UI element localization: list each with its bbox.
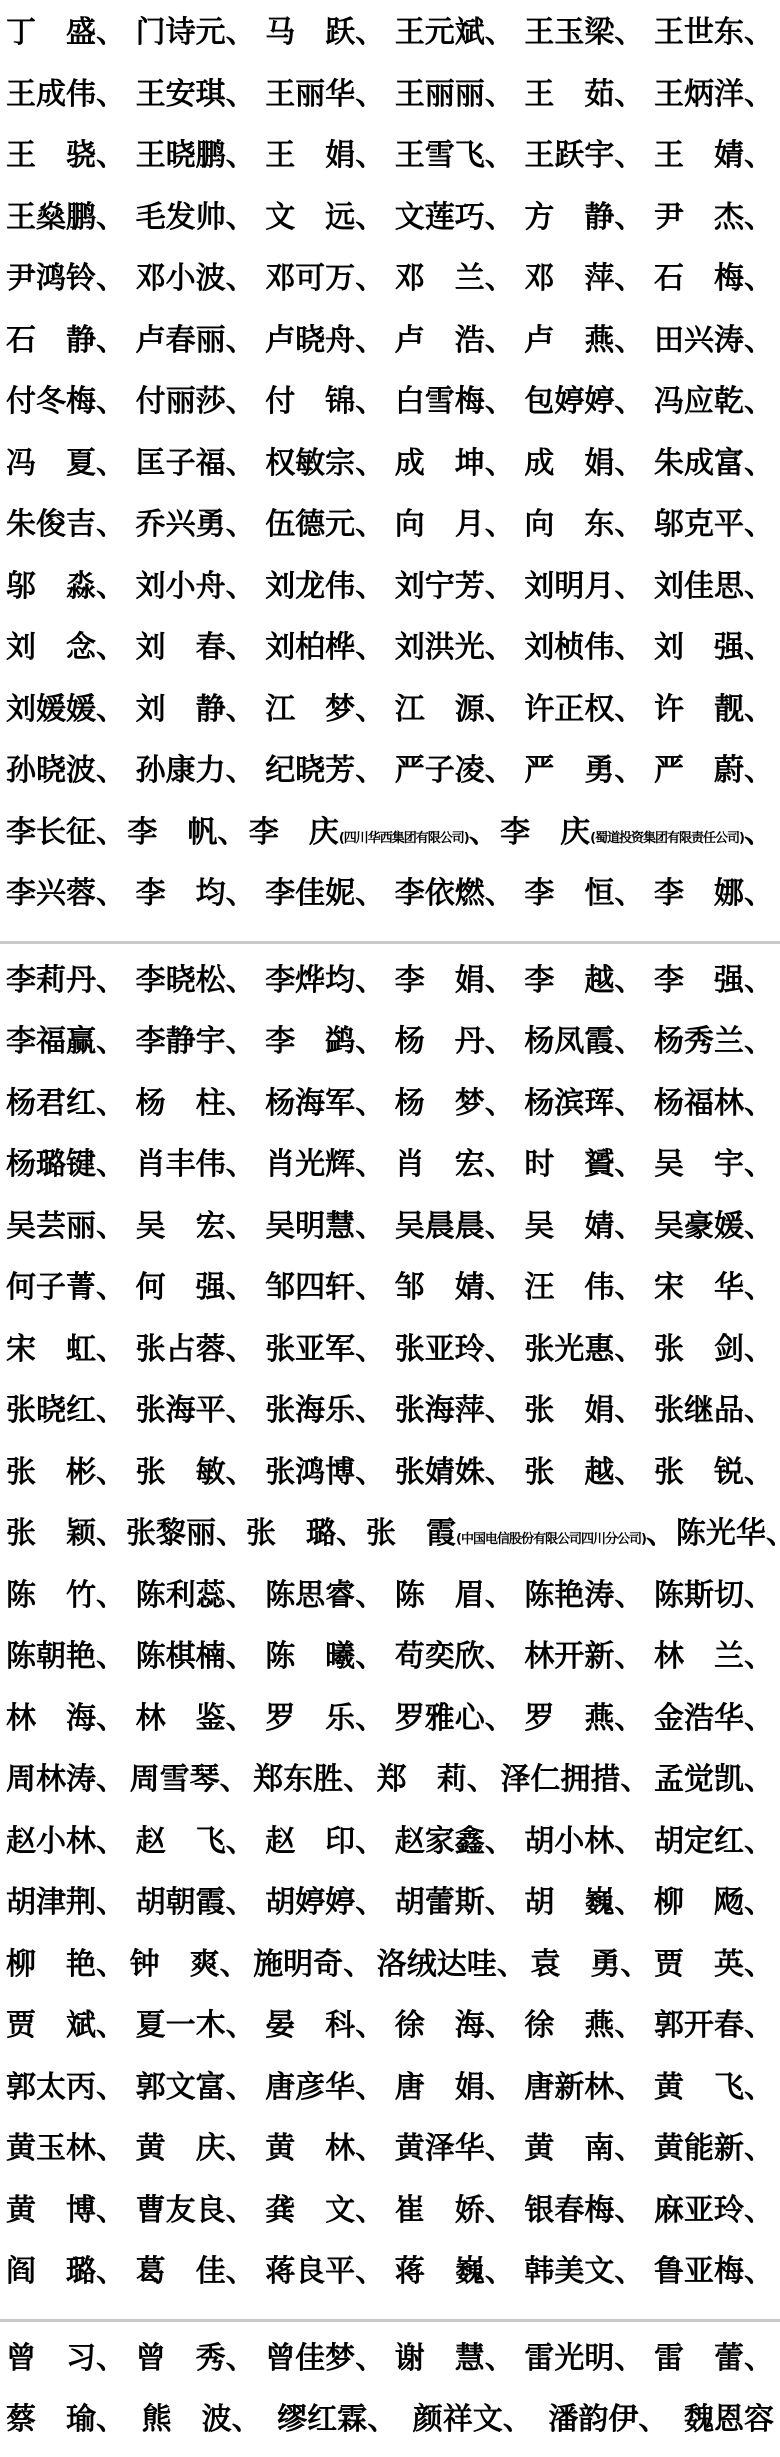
name-list-line: 刘 念、刘 春、刘柏桦、刘洪光、刘桢伟、刘 强、 xyxy=(6,617,774,679)
name-entry: 邬克平、 xyxy=(654,494,774,556)
name-entry: 李依燃、 xyxy=(395,863,515,925)
name-entry: 孟觉凯、 xyxy=(654,1749,774,1811)
name-entry: 刘 念、 xyxy=(6,617,126,679)
name-entry: 熊 波、 xyxy=(142,2389,262,2451)
name-list-line: 黄玉林、黄 庆、黄 林、黄泽华、黄 南、黄能新、 xyxy=(6,2118,774,2180)
name-list-document: 丁 盛、门诗元、马 跃、王元斌、王玉梁、王世东、王成伟、王安琪、王丽华、王丽丽、… xyxy=(0,0,780,2451)
name-entry: 方 静、 xyxy=(524,187,644,249)
name-entry: 李静宇、 xyxy=(136,1011,256,1073)
name-list-line: 杨君红、杨 柱、杨海军、杨 梦、杨滨珲、杨福林、 xyxy=(6,1073,774,1135)
name-list-line: 刘媛媛、刘 静、江 梦、江 源、许正权、许 靓、 xyxy=(6,679,774,741)
name-entry: 胡定红、 xyxy=(654,1811,774,1873)
name-entry: 何子菁、 xyxy=(6,1257,126,1319)
name-entry: 陈朝艳、 xyxy=(6,1626,126,1688)
name-entry: 李 庆(四川华西集团有限公司)、 xyxy=(249,802,499,870)
name-entry: 江 梦、 xyxy=(265,679,385,741)
name-list-line: 贾 斌、夏一木、晏 科、徐 海、徐 燕、郭开春、 xyxy=(6,1995,774,2057)
name-list-line: 张 颖、张黎丽、张 璐、张 霞(中国电信股份有限公司四川分公司)、陈光华、 xyxy=(6,1503,774,1565)
name-entry: 郭太丙、 xyxy=(6,2057,126,2119)
name-entry: 唐 娟、 xyxy=(395,2057,515,2119)
name-list-line: 赵小林、赵 飞、赵 印、赵家鑫、胡小林、胡定红、 xyxy=(6,1811,774,1873)
name-entry: 邓 萍、 xyxy=(524,248,644,310)
name-entry: 贾 英、 xyxy=(654,1934,774,1996)
name-entry: 邓可万、 xyxy=(265,248,385,310)
name-entry: 王丽华、 xyxy=(265,64,385,126)
name-list-line: 李长征、李 帆、李 庆(四川华西集团有限公司)、李 庆(蜀道投资集团有限责任公司… xyxy=(6,802,774,864)
name-entry: 李 庆(蜀道投资集团有限责任公司)、 xyxy=(500,802,774,870)
name-list-line: 张 彬、张 敏、张鸿博、张婧姝、张 越、张 锐、 xyxy=(6,1442,774,1504)
name-entry: 丁 盛、 xyxy=(6,2,126,64)
name-entry: 肖光辉、 xyxy=(265,1134,385,1196)
page-divider xyxy=(0,2319,780,2322)
name-entry: 赵家鑫、 xyxy=(395,1811,515,1873)
name-entry: 王世东、 xyxy=(654,2,774,64)
name-entry: 黄能新、 xyxy=(654,2118,774,2180)
name-entry: 蒋良平、 xyxy=(265,2241,385,2303)
name-entry: 吴明慧、 xyxy=(265,1196,385,1258)
name-entry: 麻亚玲、 xyxy=(654,2180,774,2242)
name-entry: 张亚军、 xyxy=(265,1319,385,1381)
name-entry: 曾 秀、 xyxy=(136,2328,256,2390)
name-entry: 黄 庆、 xyxy=(136,2118,256,2180)
name-entry: 张 越、 xyxy=(524,1442,644,1504)
name-entry: 陈利蕊、 xyxy=(136,1565,256,1627)
name-entry: 吴芸丽、 xyxy=(6,1196,126,1258)
name-entry: 曹友良、 xyxy=(136,2180,256,2242)
name-list-line: 胡津荆、胡朝霞、胡婷婷、胡蕾斯、胡 巍、柳 飏、 xyxy=(6,1872,774,1934)
name-entry: 卢 浩、 xyxy=(395,310,515,372)
name-entry: 李兴蓉、 xyxy=(6,863,126,925)
name-entry: 胡婷婷、 xyxy=(265,1872,385,1934)
name-entry: 付冬梅、 xyxy=(6,371,126,433)
name-entry: 雷 蕾、 xyxy=(654,2328,774,2390)
name-entry: 柳 飏、 xyxy=(654,1872,774,1934)
name-entry: 张晓红、 xyxy=(6,1380,126,1442)
name-entry: 杨君红、 xyxy=(6,1073,126,1135)
name-entry: 贾 斌、 xyxy=(6,1995,126,2057)
name-entry: 冯应乾、 xyxy=(654,371,774,433)
name-entry: 李 强、 xyxy=(654,950,774,1012)
name-entry: 毛发帅、 xyxy=(136,187,256,249)
name-entry: 吴豪媛、 xyxy=(654,1196,774,1258)
name-entry: 杨秀兰、 xyxy=(654,1011,774,1073)
name-entry: 胡朝霞、 xyxy=(136,1872,256,1934)
name-entry: 陈光华、 xyxy=(676,1503,780,1565)
name-entry: 张海乐、 xyxy=(265,1380,385,1442)
name-entry: 缪红霖、 xyxy=(277,2389,397,2451)
name-entry: 金浩华、 xyxy=(654,1688,774,1750)
name-entry: 赵 飞、 xyxy=(136,1811,256,1873)
name-entry: 蒋 巍、 xyxy=(395,2241,515,2303)
name-entry: 葛 佳、 xyxy=(136,2241,256,2303)
name-entry: 邹四轩、 xyxy=(265,1257,385,1319)
name-entry: 陈思睿、 xyxy=(265,1565,385,1627)
name-entry: 刘 强、 xyxy=(654,617,774,679)
company-annotation: (四川华西集团有限公司) xyxy=(339,831,469,846)
name-entry: 朱俊吉、 xyxy=(6,494,126,556)
name-entry: 赵 印、 xyxy=(265,1811,385,1873)
name-entry: 江 源、 xyxy=(395,679,515,741)
name-entry: 李佳妮、 xyxy=(265,863,385,925)
name-entry: 杨凤霞、 xyxy=(524,1011,644,1073)
name-entry: 严 蔚、 xyxy=(654,740,774,802)
name-list-line: 朱俊吉、乔兴勇、伍德元、向 月、向 东、邬克平、 xyxy=(6,494,774,556)
name-entry: 夏一木、 xyxy=(136,1995,256,2057)
name-entry: 陈棋楠、 xyxy=(136,1626,256,1688)
name-entry: 邓 兰、 xyxy=(395,248,515,310)
name-entry: 严 勇、 xyxy=(524,740,644,802)
name-entry: 刘洪光、 xyxy=(395,617,515,679)
name-entry: 周林涛、 xyxy=(6,1749,126,1811)
name-entry: 罗 乐、 xyxy=(265,1688,385,1750)
name-entry: 李 越、 xyxy=(524,950,644,1012)
name-entry: 胡 巍、 xyxy=(524,1872,644,1934)
name-entry: 杨璐键、 xyxy=(6,1134,126,1196)
name-entry: 徐 海、 xyxy=(395,1995,515,2057)
name-list-line: 郭太丙、郭文富、唐彦华、唐 娟、唐新林、黄 飞、 xyxy=(6,2057,774,2119)
name-entry: 泽仁拥措、 xyxy=(500,1749,650,1811)
name-entry: 龚 文、 xyxy=(265,2180,385,2242)
name-entry: 柳 艳、 xyxy=(6,1934,126,1996)
name-entry: 胡小林、 xyxy=(524,1811,644,1873)
name-entry: 石 梅、 xyxy=(654,248,774,310)
name-entry: 钟 爽、 xyxy=(130,1934,250,1996)
name-entry: 马 跃、 xyxy=(265,2,385,64)
name-entry: 刘媛媛、 xyxy=(6,679,126,741)
name-entry: 唐彦华、 xyxy=(265,2057,385,2119)
name-entry: 李 娟、 xyxy=(395,950,515,1012)
name-entry: 李 恒、 xyxy=(524,863,644,925)
name-entry: 乔兴勇、 xyxy=(136,494,256,556)
name-entry: 文 远、 xyxy=(265,187,385,249)
name-entry: 刘 春、 xyxy=(136,617,256,679)
name-entry: 黄 博、 xyxy=(6,2180,126,2242)
name-entry: 何 强、 xyxy=(136,1257,256,1319)
name-entry: 李莉丹、 xyxy=(6,950,126,1012)
name-list-line: 何子菁、何 强、邹四轩、邹 婧、汪 伟、宋 华、 xyxy=(6,1257,774,1319)
name-entry: 王 茹、 xyxy=(524,64,644,126)
name-list-line: 周林涛、周雪琴、郑东胜、郑 莉、泽仁拥措、孟觉凯、 xyxy=(6,1749,774,1811)
name-entry: 王雪飞、 xyxy=(395,125,515,187)
name-entry: 张继品、 xyxy=(654,1380,774,1442)
name-entry: 张黎丽、 xyxy=(126,1503,246,1565)
name-entry: 鲁亚梅、 xyxy=(654,2241,774,2303)
company-annotation: (蜀道投资集团有限责任公司) xyxy=(590,831,744,846)
name-entry: 王炳洋、 xyxy=(654,64,774,126)
name-entry: 崔 娇、 xyxy=(395,2180,515,2242)
name-entry: 李 鹢、 xyxy=(265,1011,385,1073)
name-entry: 肖 宏、 xyxy=(395,1134,515,1196)
name-entry: 林 鉴、 xyxy=(136,1688,256,1750)
name-entry: 张海平、 xyxy=(136,1380,256,1442)
name-list-line: 阎 璐、葛 佳、蒋良平、蒋 巍、韩美文、鲁亚梅、 xyxy=(6,2241,774,2303)
name-entry: 文莲巧、 xyxy=(395,187,515,249)
name-entry: 魏恩容 xyxy=(684,2389,774,2451)
name-entry: 刘桢伟、 xyxy=(524,617,644,679)
name-entry: 陈 眉、 xyxy=(395,1565,515,1627)
name-entry: 王成伟、 xyxy=(6,64,126,126)
name-entry: 肖丰伟、 xyxy=(136,1134,256,1196)
name-entry: 张 霞(中国电信股份有限公司四川分公司)、 xyxy=(366,1503,676,1571)
name-entry: 张 敏、 xyxy=(136,1442,256,1504)
name-entry: 陈 曦、 xyxy=(265,1626,385,1688)
name-entry: 张 锐、 xyxy=(654,1442,774,1504)
name-entry: 张亚玲、 xyxy=(395,1319,515,1381)
name-entry: 邓小波、 xyxy=(136,248,256,310)
name-entry: 尹 杰、 xyxy=(654,187,774,249)
name-entry: 邹 婧、 xyxy=(395,1257,515,1319)
name-entry: 吴晨晨、 xyxy=(395,1196,515,1258)
name-entry: 李 帆、 xyxy=(127,802,247,864)
name-entry: 郑 莉、 xyxy=(377,1749,497,1811)
name-entry: 王跃宇、 xyxy=(524,125,644,187)
name-entry: 唐新林、 xyxy=(524,2057,644,2119)
name-entry: 黄 飞、 xyxy=(654,2057,774,2119)
name-list-line: 柳 艳、钟 爽、施明奇、洛绒达哇、袁 勇、贾 英、 xyxy=(6,1934,774,1996)
name-list-line: 宋 虹、张占蓉、张亚军、张亚玲、张光惠、张 剑、 xyxy=(6,1319,774,1381)
name-entry: 张 娟、 xyxy=(524,1380,644,1442)
name-entry: 颜祥文、 xyxy=(413,2389,533,2451)
name-entry: 杨滨珲、 xyxy=(524,1073,644,1135)
name-list-line: 王成伟、王安琪、王丽华、王丽丽、王 茹、王炳洋、 xyxy=(6,64,774,126)
name-list-line: 尹鸿铃、邓小波、邓可万、邓 兰、邓 萍、石 梅、 xyxy=(6,248,774,310)
name-entry: 杨 柱、 xyxy=(136,1073,256,1135)
name-entry: 张 璐、 xyxy=(246,1503,366,1565)
name-entry: 曾佳梦、 xyxy=(265,2328,385,2390)
name-list-line: 李兴蓉、李 均、李佳妮、李依燃、李 恒、李 娜、 xyxy=(6,863,774,925)
name-entry: 门诗元、 xyxy=(136,2,256,64)
name-entry: 雷光明、 xyxy=(524,2328,644,2390)
name-entry: 黄 林、 xyxy=(265,2118,385,2180)
name-list-line: 曾 习、曾 秀、曾佳梦、谢 慧、雷光明、雷 蕾、 xyxy=(6,2328,774,2390)
name-entry: 刘佳思、 xyxy=(654,556,774,618)
name-entry: 成 坤、 xyxy=(395,433,515,495)
name-entry: 严子凌、 xyxy=(395,740,515,802)
name-entry: 苟奕欣、 xyxy=(395,1626,515,1688)
name-entry: 付 锦、 xyxy=(265,371,385,433)
name-entry: 卢晓舟、 xyxy=(265,310,385,372)
name-entry: 吴 宇、 xyxy=(654,1134,774,1196)
name-entry: 潘韵伊、 xyxy=(548,2389,668,2451)
name-entry: 韩美文、 xyxy=(524,2241,644,2303)
name-entry: 袁 勇、 xyxy=(530,1934,650,1996)
name-list-line: 石 静、卢春丽、卢晓舟、卢 浩、卢 燕、田兴涛、 xyxy=(6,310,774,372)
name-list-line: 付冬梅、付丽莎、付 锦、白雪梅、包婷婷、冯应乾、 xyxy=(6,371,774,433)
name-list-line: 丁 盛、门诗元、马 跃、王元斌、王玉梁、王世东、 xyxy=(6,2,774,64)
name-entry: 王元斌、 xyxy=(395,2,515,64)
name-entry: 刘明月、 xyxy=(524,556,644,618)
name-entry: 李长征、 xyxy=(6,802,126,864)
name-entry: 施明奇、 xyxy=(253,1934,373,1996)
name-entry: 谢 慧、 xyxy=(395,2328,515,2390)
name-entry: 向 月、 xyxy=(395,494,515,556)
name-entry: 时 贇、 xyxy=(524,1134,644,1196)
name-entry: 蔡 瑜、 xyxy=(6,2389,126,2451)
name-list-line: 王燊鹏、毛发帅、文 远、文莲巧、方 静、尹 杰、 xyxy=(6,187,774,249)
name-entry: 吴 婧、 xyxy=(524,1196,644,1258)
name-entry: 张海萍、 xyxy=(395,1380,515,1442)
name-entry: 宋 虹、 xyxy=(6,1319,126,1381)
name-entry: 刘 静、 xyxy=(136,679,256,741)
name-entry: 张 剑、 xyxy=(654,1319,774,1381)
name-entry: 李福赢、 xyxy=(6,1011,126,1073)
name-entry: 张鸿博、 xyxy=(265,1442,385,1504)
name-entry: 王燊鹏、 xyxy=(6,187,126,249)
name-entry: 郭文富、 xyxy=(136,2057,256,2119)
name-list-line: 陈 竹、陈利蕊、陈思睿、陈 眉、陈艳涛、陈斯切、 xyxy=(6,1565,774,1627)
name-entry: 张光惠、 xyxy=(524,1319,644,1381)
name-entry: 成 娟、 xyxy=(524,433,644,495)
name-entry: 罗 燕、 xyxy=(524,1688,644,1750)
name-entry: 杨福林、 xyxy=(654,1073,774,1135)
name-entry: 李晓松、 xyxy=(136,950,256,1012)
name-list-line: 杨璐键、肖丰伟、肖光辉、肖 宏、时 贇、吴 宇、 xyxy=(6,1134,774,1196)
name-list-line: 冯 夏、匡子福、权敏宗、成 坤、成 娟、朱成富、 xyxy=(6,433,774,495)
name-list-line: 王 骁、王晓鹏、王 娟、王雪飞、王跃宇、王 婧、 xyxy=(6,125,774,187)
name-list-section-1: 丁 盛、门诗元、马 跃、王元斌、王玉梁、王世东、王成伟、王安琪、王丽华、王丽丽、… xyxy=(0,2,780,925)
name-entry: 黄泽华、 xyxy=(395,2118,515,2180)
name-entry: 王玉梁、 xyxy=(524,2,644,64)
name-entry: 张 彬、 xyxy=(6,1442,126,1504)
name-entry: 邬 淼、 xyxy=(6,556,126,618)
name-entry: 李 娜、 xyxy=(654,863,774,925)
name-entry: 王安琪、 xyxy=(136,64,256,126)
name-entry: 李 均、 xyxy=(136,863,256,925)
name-entry: 赵小林、 xyxy=(6,1811,126,1873)
name-entry: 胡蕾斯、 xyxy=(395,1872,515,1934)
name-entry: 周雪琴、 xyxy=(130,1749,250,1811)
name-entry: 付丽莎、 xyxy=(136,371,256,433)
name-entry: 刘柏桦、 xyxy=(265,617,385,679)
name-entry: 晏 科、 xyxy=(265,1995,385,2057)
name-list-line: 李莉丹、李晓松、李烨均、李 娟、李 越、李 强、 xyxy=(6,950,774,1012)
name-entry: 林 海、 xyxy=(6,1688,126,1750)
name-entry: 杨海军、 xyxy=(265,1073,385,1135)
name-entry: 王丽丽、 xyxy=(395,64,515,126)
name-entry: 杨 梦、 xyxy=(395,1073,515,1135)
name-entry: 匡子福、 xyxy=(136,433,256,495)
name-entry: 王 婧、 xyxy=(654,125,774,187)
name-entry: 孙康力、 xyxy=(136,740,256,802)
name-list-line: 蔡 瑜、熊 波、缪红霖、颜祥文、潘韵伊、魏恩容 xyxy=(6,2389,774,2451)
name-list-line: 黄 博、曹友良、龚 文、崔 娇、银春梅、麻亚玲、 xyxy=(6,2180,774,2242)
name-entry: 张 颖、 xyxy=(6,1503,126,1565)
name-list-line: 陈朝艳、陈棋楠、陈 曦、苟奕欣、林开新、林 兰、 xyxy=(6,1626,774,1688)
name-entry: 王晓鹏、 xyxy=(136,125,256,187)
name-entry: 卢 燕、 xyxy=(524,310,644,372)
name-entry: 银春梅、 xyxy=(524,2180,644,2242)
name-entry: 尹鸿铃、 xyxy=(6,248,126,310)
name-entry: 林 兰、 xyxy=(654,1626,774,1688)
company-annotation: (中国电信股份有限公司四川分公司) xyxy=(456,1532,646,1547)
name-entry: 刘龙伟、 xyxy=(265,556,385,618)
name-entry: 刘宁芳、 xyxy=(395,556,515,618)
name-entry: 郑东胜、 xyxy=(253,1749,373,1811)
name-entry: 张婧姝、 xyxy=(395,1442,515,1504)
name-entry: 黄 南、 xyxy=(524,2118,644,2180)
name-list-line: 孙晓波、孙康力、纪晓芳、严子凌、严 勇、严 蔚、 xyxy=(6,740,774,802)
name-list-line: 张晓红、张海平、张海乐、张海萍、张 娟、张继品、 xyxy=(6,1380,774,1442)
name-entry: 田兴涛、 xyxy=(654,310,774,372)
name-entry: 阎 璐、 xyxy=(6,2241,126,2303)
name-entry: 黄玉林、 xyxy=(6,2118,126,2180)
name-entry: 李烨均、 xyxy=(265,950,385,1012)
name-entry: 伍德元、 xyxy=(265,494,385,556)
name-entry: 陈 竹、 xyxy=(6,1565,126,1627)
name-list-section-2: 李莉丹、李晓松、李烨均、李 娟、李 越、李 强、李福赢、李静宇、李 鹢、杨 丹、… xyxy=(0,950,780,2303)
name-entry: 朱成富、 xyxy=(654,433,774,495)
name-entry: 石 静、 xyxy=(6,310,126,372)
name-entry: 吴 宏、 xyxy=(136,1196,256,1258)
name-entry: 白雪梅、 xyxy=(395,371,515,433)
name-entry: 陈斯切、 xyxy=(654,1565,774,1627)
name-entry: 曾 习、 xyxy=(6,2328,126,2390)
name-entry: 纪晓芳、 xyxy=(265,740,385,802)
name-list-line: 林 海、林 鉴、罗 乐、罗雅心、罗 燕、金浩华、 xyxy=(6,1688,774,1750)
name-entry: 陈艳涛、 xyxy=(524,1565,644,1627)
name-list-section-3: 曾 习、曾 秀、曾佳梦、谢 慧、雷光明、雷 蕾、蔡 瑜、熊 波、缪红霖、颜祥文、… xyxy=(0,2328,780,2451)
name-list-line: 李福赢、李静宇、李 鹢、杨 丹、杨凤霞、杨秀兰、 xyxy=(6,1011,774,1073)
name-entry: 许正权、 xyxy=(524,679,644,741)
name-entry: 洛绒达哇、 xyxy=(377,1934,527,1996)
name-entry: 宋 华、 xyxy=(654,1257,774,1319)
name-entry: 胡津荆、 xyxy=(6,1872,126,1934)
name-list-line: 邬 淼、刘小舟、刘龙伟、刘宁芳、刘明月、刘佳思、 xyxy=(6,556,774,618)
name-entry: 孙晓波、 xyxy=(6,740,126,802)
name-entry: 杨 丹、 xyxy=(395,1011,515,1073)
name-entry: 冯 夏、 xyxy=(6,433,126,495)
name-entry: 徐 燕、 xyxy=(524,1995,644,2057)
name-entry: 卢春丽、 xyxy=(136,310,256,372)
name-entry: 刘小舟、 xyxy=(136,556,256,618)
name-entry: 王 娟、 xyxy=(265,125,385,187)
name-entry: 罗雅心、 xyxy=(395,1688,515,1750)
name-entry: 汪 伟、 xyxy=(524,1257,644,1319)
name-entry: 张占蓉、 xyxy=(136,1319,256,1381)
name-entry: 许 靓、 xyxy=(654,679,774,741)
name-entry: 王 骁、 xyxy=(6,125,126,187)
name-entry: 包婷婷、 xyxy=(524,371,644,433)
name-entry: 郭开春、 xyxy=(654,1995,774,2057)
page-divider xyxy=(0,941,780,944)
name-list-line: 吴芸丽、吴 宏、吴明慧、吴晨晨、吴 婧、吴豪媛、 xyxy=(6,1196,774,1258)
name-entry: 林开新、 xyxy=(524,1626,644,1688)
name-entry: 权敏宗、 xyxy=(265,433,385,495)
name-entry: 向 东、 xyxy=(524,494,644,556)
